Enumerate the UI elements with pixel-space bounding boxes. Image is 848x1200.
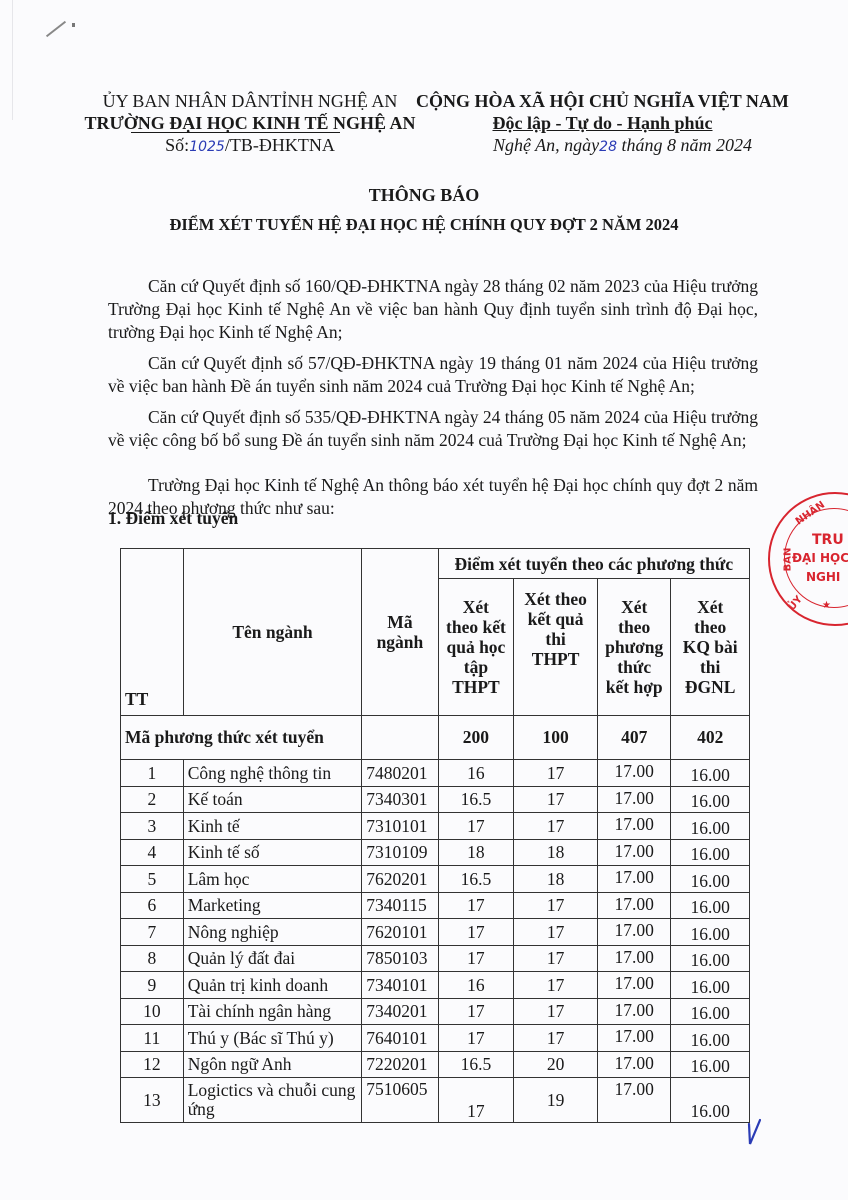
motto: Độc lập - Tự do - Hạnh phúc bbox=[405, 112, 800, 134]
row-number: 11 bbox=[121, 1025, 184, 1052]
row-score-thi-thpt: 20 bbox=[514, 1051, 598, 1078]
row-number: 7 bbox=[121, 919, 184, 946]
row-number: 1 bbox=[121, 760, 184, 787]
row-number: 9 bbox=[121, 972, 184, 999]
row-score-ket-hop: 17.00 bbox=[598, 998, 671, 1025]
row-score-thi-thpt: 17 bbox=[514, 760, 598, 787]
row-major-code: 7850103 bbox=[362, 945, 439, 972]
row-score-dgnl: 16.00 bbox=[671, 760, 750, 787]
table-row: 2Kế toán734030116.51717.0016.00 bbox=[121, 786, 750, 813]
scan-edge bbox=[12, 0, 13, 120]
header-left: ỦY BAN NHÂN DÂNTỈNH NGHỆ AN TRƯỜNG ĐẠI H… bbox=[60, 90, 440, 158]
row-score-hoc-ba: 18 bbox=[438, 839, 513, 866]
authority-name: ỦY BAN NHÂN DÂNTỈNH NGHỆ AN bbox=[60, 90, 440, 112]
doc-number-suffix: /TB-ĐHKTNA bbox=[225, 135, 335, 155]
row-score-thi-thpt: 17 bbox=[514, 1025, 598, 1052]
row-major-name: Kinh tế số bbox=[183, 839, 362, 866]
row-major-code: 7340201 bbox=[362, 998, 439, 1025]
row-major-name: Nông nghiệp bbox=[183, 919, 362, 946]
method-code-1: 200 bbox=[438, 716, 513, 760]
row-major-code: 7340101 bbox=[362, 972, 439, 999]
row-score-ket-hop: 17.00 bbox=[598, 813, 671, 840]
row-score-thi-thpt: 17 bbox=[514, 919, 598, 946]
paragraph-2: Căn cứ Quyết định số 57/QĐ-ĐHKTNA ngày 1… bbox=[108, 352, 758, 398]
table-row: 9 Quản trị kinh doanh7340101161717.0016.… bbox=[121, 972, 750, 999]
header-name: Tên ngành bbox=[183, 549, 362, 716]
row-score-dgnl: 16.00 bbox=[671, 839, 750, 866]
header-method-4-text: Xét theo KQ bài thi ĐGNL bbox=[682, 597, 738, 697]
row-score-ket-hop: 17.00 bbox=[598, 919, 671, 946]
row-major-code: 7480201 bbox=[362, 760, 439, 787]
pen-mark bbox=[46, 21, 66, 37]
method-code-empty bbox=[362, 716, 439, 760]
row-score-hoc-ba: 17 bbox=[438, 919, 513, 946]
section-heading: 1. Điểm xét tuyển bbox=[108, 508, 238, 529]
header-method-group: Điểm xét tuyển theo các phương thức bbox=[438, 549, 749, 579]
row-score-thi-thpt: 17 bbox=[514, 786, 598, 813]
row-major-name: Lâm học bbox=[183, 866, 362, 893]
stamp-star-icon: ★ bbox=[822, 600, 831, 611]
row-score-dgnl: 16.00 bbox=[671, 1051, 750, 1078]
admission-scores-table: TT Tên ngành Mã ngành Điểm xét tuyển the… bbox=[120, 548, 750, 1123]
header-method-3-text: Xét theo phương thức kết hợp bbox=[604, 597, 664, 697]
row-score-ket-hop: 17.00 bbox=[598, 892, 671, 919]
institution-text: TRƯỜNG ĐẠI HỌC KINH TẾ NGHỆ AN bbox=[84, 113, 415, 133]
doc-number-prefix: Số: bbox=[165, 135, 189, 155]
row-number: 4 bbox=[121, 839, 184, 866]
stamp-line-3: NGHI bbox=[806, 570, 840, 584]
row-major-name: Quản lý đất đai bbox=[183, 945, 362, 972]
handwritten-initial-mark bbox=[747, 1118, 761, 1146]
row-major-code: 7620101 bbox=[362, 919, 439, 946]
row-major-code: 7310109 bbox=[362, 839, 439, 866]
notice-subtitle: ĐIỂM XÉT TUYỂN HỆ ĐẠI HỌC HỆ CHÍNH QUY Đ… bbox=[0, 215, 848, 235]
method-code-label: Mã phương thức xét tuyển bbox=[121, 716, 362, 760]
table-row: 12Ngôn ngữ Anh722020116.52017.0016.00 bbox=[121, 1051, 750, 1078]
header-method-2-text: Xét theo kết quả thi THPT bbox=[521, 589, 591, 669]
header-code-text: Mã ngành bbox=[375, 612, 425, 652]
row-score-dgnl: 16.00 bbox=[671, 1025, 750, 1052]
row-score-hoc-ba: 17 bbox=[438, 813, 513, 840]
table-row: 6Marketing7340115171717.0016.00 bbox=[121, 892, 750, 919]
header-method-1: Xét theo kết quả học tập THPT bbox=[438, 579, 513, 716]
row-score-hoc-ba: 17 bbox=[438, 945, 513, 972]
row-score-dgnl: 16.00 bbox=[671, 919, 750, 946]
header-method-2: Xét theo kết quả thi THPT bbox=[514, 579, 598, 716]
row-score-ket-hop: 17.00 bbox=[598, 839, 671, 866]
row-major-code: 7340115 bbox=[362, 892, 439, 919]
paragraph-3: Căn cứ Quyết định số 535/QĐ-ĐHKTNA ngày … bbox=[108, 406, 758, 452]
row-major-code: 7620201 bbox=[362, 866, 439, 893]
row-score-hoc-ba: 17 bbox=[438, 998, 513, 1025]
row-major-name: Marketing bbox=[183, 892, 362, 919]
row-number: 2 bbox=[121, 786, 184, 813]
official-stamp: NHÂN BAN ỦY TRU ĐẠI HỌC NGHI ★ bbox=[768, 492, 848, 626]
row-score-ket-hop: 17.00 bbox=[598, 786, 671, 813]
method-code-3: 407 bbox=[598, 716, 671, 760]
row-major-code: 7340301 bbox=[362, 786, 439, 813]
row-score-ket-hop: 17.00 bbox=[598, 1051, 671, 1078]
row-score-thi-thpt: 17 bbox=[514, 813, 598, 840]
row-score-dgnl: 16.00 bbox=[671, 813, 750, 840]
row-major-code: 7640101 bbox=[362, 1025, 439, 1052]
document-number: Số:1025/TB-ĐHKTNA bbox=[60, 134, 440, 158]
row-score-dgnl: 16.00 bbox=[671, 786, 750, 813]
row-score-dgnl: 16.00 bbox=[671, 945, 750, 972]
row-score-hoc-ba: 16.5 bbox=[438, 866, 513, 893]
method-code-row: Mã phương thức xét tuyển 200 100 407 402 bbox=[121, 716, 750, 760]
header-tt: TT bbox=[121, 549, 184, 716]
stamp-line-1: TRU bbox=[812, 532, 844, 548]
row-score-thi-thpt: 17 bbox=[514, 945, 598, 972]
motto-text: Độc lập - Tự do - Hạnh phúc bbox=[492, 113, 712, 133]
paragraph-1: Căn cứ Quyết định số 160/QĐ-ĐHKTNA ngày … bbox=[108, 275, 758, 344]
row-score-hoc-ba: 16 bbox=[438, 972, 513, 999]
table-row: 3Kinh tế7310101171717.0016.00 bbox=[121, 813, 750, 840]
notice-title: THÔNG BÁO bbox=[0, 185, 848, 206]
row-score-thi-thpt: 18 bbox=[514, 866, 598, 893]
row-score-ket-hop: 17.00 bbox=[598, 866, 671, 893]
pen-dot bbox=[72, 23, 75, 27]
table-row: 4Kinh tế số7310109181817.0016.00 bbox=[121, 839, 750, 866]
row-number: 5 bbox=[121, 866, 184, 893]
row-number: 8 bbox=[121, 945, 184, 972]
row-score-hoc-ba: 16.5 bbox=[438, 1051, 513, 1078]
header-method-4: Xét theo KQ bài thi ĐGNL bbox=[671, 579, 750, 716]
row-major-name: Logictics và chuỗi cung ứng bbox=[183, 1078, 362, 1123]
row-major-name: Thú y (Bác sĩ Thú y) bbox=[183, 1025, 362, 1052]
table-row: 7Nông nghiệp7620101171717.0016.00 bbox=[121, 919, 750, 946]
row-score-ket-hop: 17.00 bbox=[598, 1025, 671, 1052]
table-header-row: TT Tên ngành Mã ngành Điểm xét tuyển the… bbox=[121, 549, 750, 579]
place-date: Nghệ An, ngày28 tháng 8 năm 2024 bbox=[405, 134, 800, 158]
row-score-hoc-ba: 17 bbox=[438, 892, 513, 919]
method-code-2: 100 bbox=[514, 716, 598, 760]
row-score-dgnl: 16.00 bbox=[671, 998, 750, 1025]
row-number: 10 bbox=[121, 998, 184, 1025]
header-method-3: Xét theo phương thức kết hợp bbox=[598, 579, 671, 716]
row-score-ket-hop: 17.00 bbox=[598, 760, 671, 787]
row-score-thi-thpt: 17 bbox=[514, 972, 598, 999]
date-suffix: tháng 8 năm 2024 bbox=[621, 135, 752, 155]
row-score-hoc-ba: 16 bbox=[438, 760, 513, 787]
row-major-name: Kinh tế bbox=[183, 813, 362, 840]
date-day-handwritten: 28 bbox=[599, 139, 617, 155]
stamp-line-2: ĐẠI HỌC bbox=[792, 551, 848, 565]
table-row: 13Logictics và chuỗi cung ứng75106051719… bbox=[121, 1078, 750, 1123]
row-score-dgnl: 16.00 bbox=[671, 866, 750, 893]
table-row: 1Công nghệ thông tin7480201161717.0016.0… bbox=[121, 760, 750, 787]
row-score-hoc-ba: 17 bbox=[438, 1078, 513, 1123]
row-score-ket-hop: 17.00 bbox=[598, 972, 671, 999]
row-score-dgnl: 16.00 bbox=[671, 1078, 750, 1123]
row-number: 6 bbox=[121, 892, 184, 919]
doc-number-handwritten: 1025 bbox=[189, 139, 225, 155]
row-score-thi-thpt: 17 bbox=[514, 892, 598, 919]
row-major-name: Công nghệ thông tin bbox=[183, 760, 362, 787]
row-major-code: 7220201 bbox=[362, 1051, 439, 1078]
row-score-thi-thpt: 18 bbox=[514, 839, 598, 866]
header-method-1-text: Xét theo kết quả học tập THPT bbox=[445, 597, 507, 697]
row-major-name: Kế toán bbox=[183, 786, 362, 813]
table-row: 5Lâm học762020116.51817.0016.00 bbox=[121, 866, 750, 893]
table-row: 10Tài chính ngân hàng7340201171717.0016.… bbox=[121, 998, 750, 1025]
nation-name: CỘNG HÒA XÃ HỘI CHỦ NGHĨA VIỆT NAM bbox=[405, 90, 800, 112]
header-right: CỘNG HÒA XÃ HỘI CHỦ NGHĨA VIỆT NAM Độc l… bbox=[405, 90, 800, 158]
row-number: 12 bbox=[121, 1051, 184, 1078]
row-score-dgnl: 16.00 bbox=[671, 972, 750, 999]
row-number: 3 bbox=[121, 813, 184, 840]
row-major-code: 7310101 bbox=[362, 813, 439, 840]
row-score-hoc-ba: 16.5 bbox=[438, 786, 513, 813]
row-major-name: Quản trị kinh doanh bbox=[183, 972, 362, 999]
institution-name: TRƯỜNG ĐẠI HỌC KINH TẾ NGHỆ AN bbox=[60, 112, 440, 134]
row-major-name: Tài chính ngân hàng bbox=[183, 998, 362, 1025]
row-number: 13 bbox=[121, 1078, 184, 1123]
date-prefix: Nghệ An, ngày bbox=[493, 135, 599, 155]
row-score-thi-thpt: 19 bbox=[514, 1078, 598, 1123]
row-major-code: 7510605 bbox=[362, 1078, 439, 1123]
row-major-name: Ngôn ngữ Anh bbox=[183, 1051, 362, 1078]
table-row: 11Thú y (Bác sĩ Thú y)7640101171717.0016… bbox=[121, 1025, 750, 1052]
method-code-4: 402 bbox=[671, 716, 750, 760]
row-score-hoc-ba: 17 bbox=[438, 1025, 513, 1052]
row-score-thi-thpt: 17 bbox=[514, 998, 598, 1025]
row-score-dgnl: 16.00 bbox=[671, 892, 750, 919]
header-code: Mã ngành bbox=[362, 549, 439, 716]
row-score-ket-hop: 17.00 bbox=[598, 1078, 671, 1123]
row-score-ket-hop: 17.00 bbox=[598, 945, 671, 972]
table-row: 8Quản lý đất đai7850103171717.0016.00 bbox=[121, 945, 750, 972]
